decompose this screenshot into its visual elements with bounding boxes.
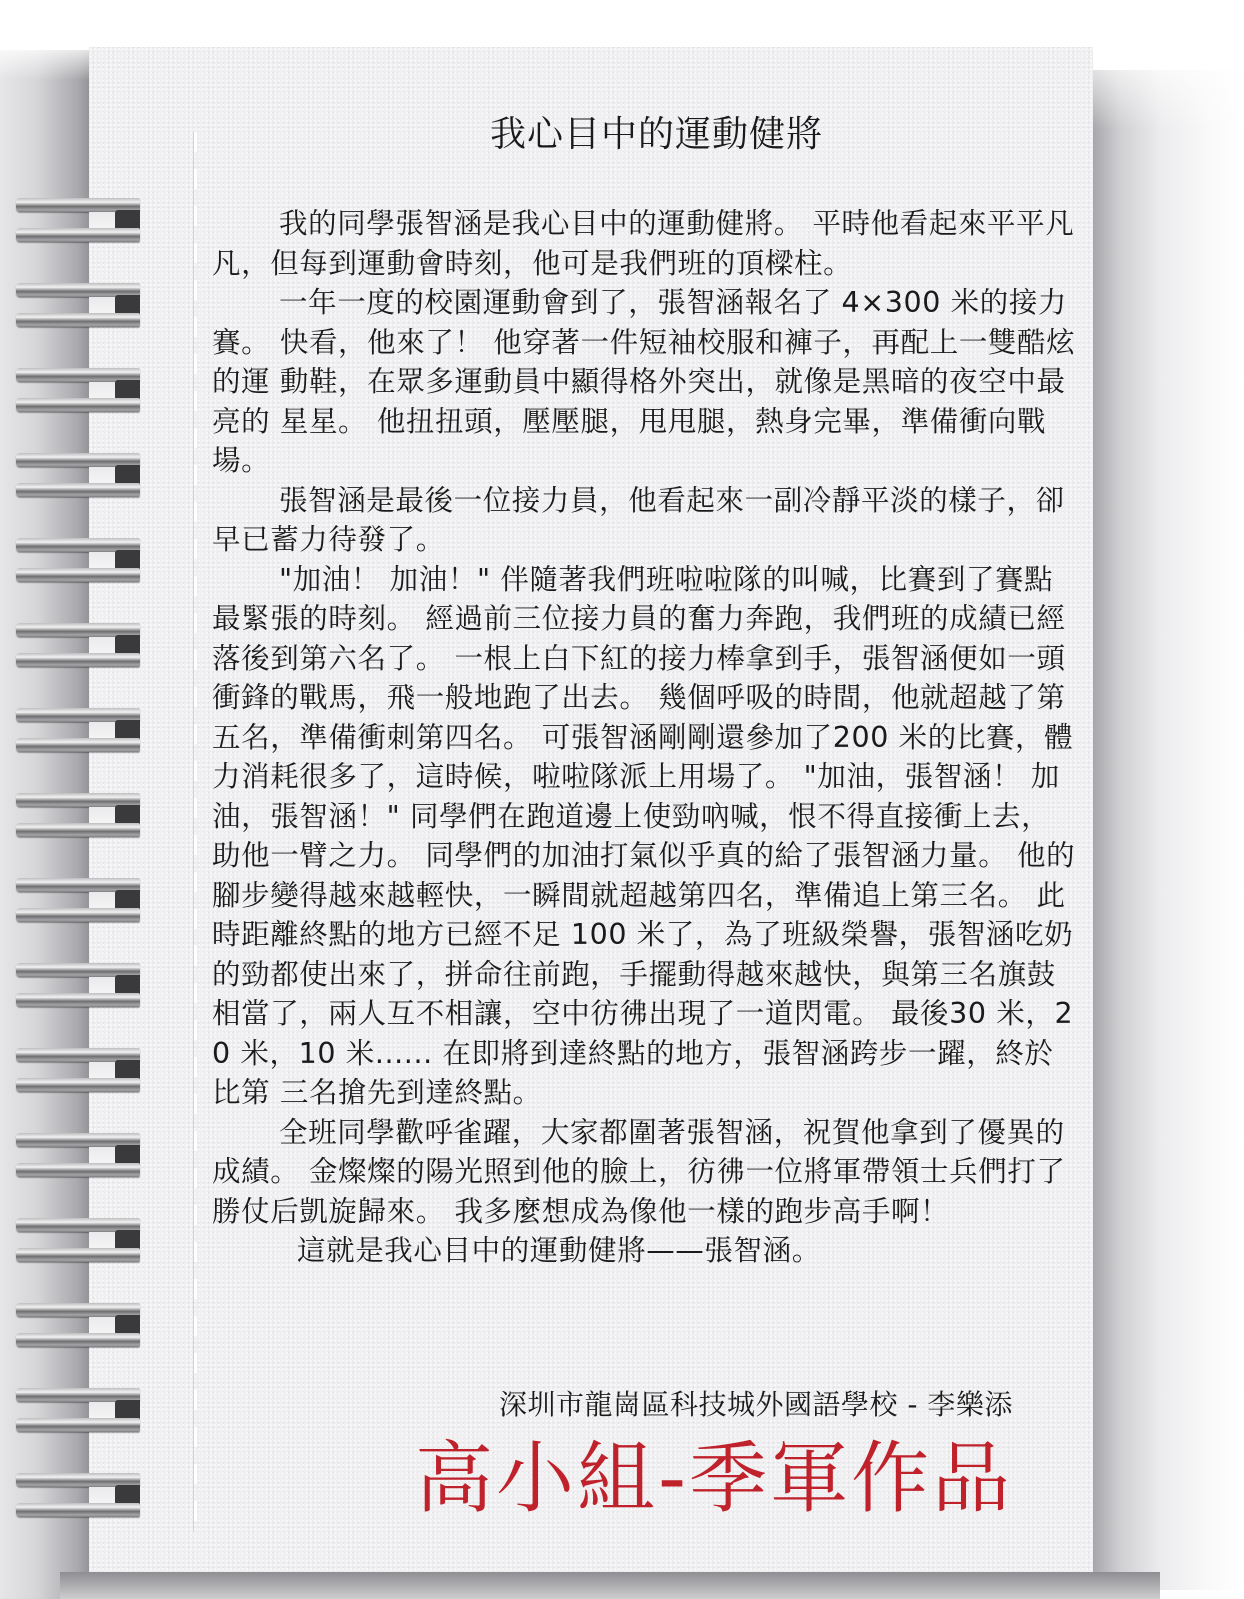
spiral-ring-icon [16, 1133, 140, 1179]
spiral-ring-icon [16, 538, 140, 584]
essay-paragraph: 全班同學歡呼雀躍，大家都圍著張智涵，祝賀他拿到了優異的 成績。 金燦燦的陽光照到… [212, 1113, 1082, 1232]
spiral-ring-icon [16, 708, 140, 754]
spiral-ring-icon [16, 368, 140, 414]
spiral-ring-icon [16, 453, 140, 499]
essay-paragraph: 我的同學張智涵是我心目中的運動健將。 平時他看起來平平凡 凡，但每到運動會時刻，… [212, 204, 1082, 283]
essay-body: 我的同學張智涵是我心目中的運動健將。 平時他看起來平平凡 凡，但每到運動會時刻，… [212, 204, 1082, 1271]
spiral-ring-icon [16, 963, 140, 1009]
spiral-ring-icon [16, 793, 140, 839]
notebook-shadow-bottom [60, 1572, 1160, 1599]
shadow-fade [1093, 40, 1243, 130]
dashed-margin-line [194, 132, 197, 1532]
spiral-ring-icon [16, 623, 140, 669]
spiral-binding [0, 0, 160, 1599]
notebook-shadow-right [1093, 70, 1243, 1590]
essay-title: 我心目中的運動健將 [490, 106, 823, 157]
essay-paragraph: "加油！ 加油！" 伴隨著我們班啦啦隊的叫喊，比賽到了賽點 最緊張的時刻。 經過… [212, 560, 1082, 1113]
essay-closing-line: 這就是我心目中的運動健將——張智涵。 [212, 1231, 1082, 1271]
spiral-ring-icon [16, 1303, 140, 1349]
school-and-author: 深圳市龍崗區科技城外國語學校 - 李樂添 [499, 1383, 1013, 1423]
spiral-ring-icon [16, 1473, 140, 1519]
spiral-ring-icon [16, 1218, 140, 1264]
spiral-ring-icon [16, 1048, 140, 1094]
page-background: 我心目中的運動健將 我的同學張智涵是我心目中的運動健將。 平時他看起來平平凡 凡… [0, 0, 1244, 1599]
spiral-ring-icon [16, 283, 140, 329]
spiral-ring-icon [16, 878, 140, 924]
essay-paragraph: 張智涵是最後一位接力員，他看起來一副冷靜平淡的樣子，卻 早已蓄力待發了。 [212, 481, 1082, 560]
award-label: 高小組-季軍作品 [415, 1433, 1013, 1525]
spiral-ring-icon [16, 1388, 140, 1434]
essay-paragraph: 一年一度的校園運動會到了，張智涵報名了 4×300 米的接力賽。 快看，他來了！… [212, 283, 1082, 481]
spiral-ring-icon [16, 198, 140, 244]
